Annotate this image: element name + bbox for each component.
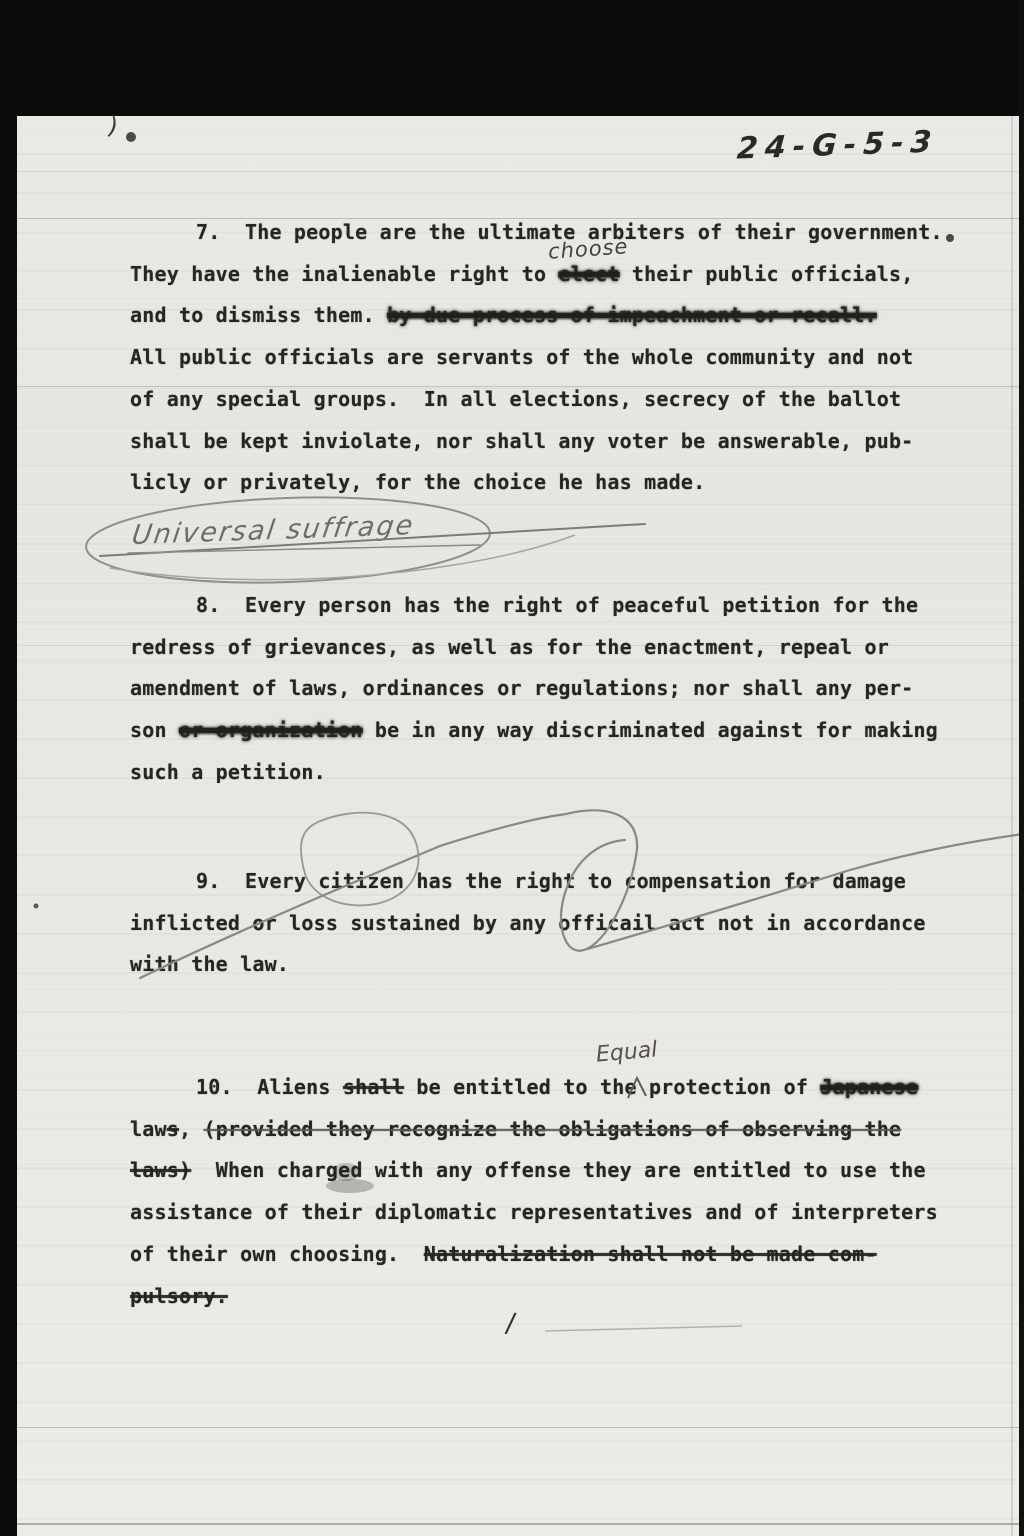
struck-text: by due process of impeachment or recall. <box>387 303 877 327</box>
typed-text: son <box>130 718 179 742</box>
typed-text: be in any way discriminated against for … <box>363 718 938 742</box>
handwritten-file-code: 24-G-5-3 <box>736 124 940 166</box>
typed-text: shall be kept inviolate, nor shall any v… <box>130 429 913 453</box>
typed-line: 8. Every person has the right of peacefu… <box>130 585 986 627</box>
scan-streak <box>17 1427 1024 1428</box>
paragraph-8: 8. Every person has the right of peacefu… <box>130 585 986 794</box>
typed-text: inflicted or loss sustained by any offic… <box>130 911 926 935</box>
typed-text: licly or privately, for the choice he ha… <box>130 470 705 494</box>
typed-line: assistance of their diplomatic represent… <box>130 1192 986 1234</box>
typed-line: with the law. <box>130 944 986 986</box>
typed-line: 10. Aliens shall be entitled to the prot… <box>130 1067 986 1109</box>
scan-border-right <box>1019 0 1024 1536</box>
typed-line: son or organization be in any way discri… <box>130 710 986 752</box>
typed-line: laws) When charged with any offense they… <box>130 1150 986 1192</box>
paragraph-10: 10. Aliens shall be entitled to the prot… <box>130 1067 986 1317</box>
scan-streak <box>17 1523 1024 1525</box>
struck-text: (provided they recognize the obligations… <box>203 1117 901 1141</box>
scan-border-left <box>0 0 17 1536</box>
typed-text: 8. Every person has the right of peacefu… <box>196 593 918 617</box>
typed-text: be entitled to the protection of <box>404 1075 820 1099</box>
typed-text: When charged with any offense they are e… <box>191 1158 925 1182</box>
typed-text: with the law. <box>130 952 289 976</box>
struck-text: shall <box>343 1075 404 1099</box>
handwritten-equal: Equal <box>595 1037 658 1067</box>
typed-text: of their own choosing. <box>130 1242 424 1266</box>
typed-text: , <box>179 1117 203 1141</box>
typed-text: and to dismiss them. <box>130 303 387 327</box>
struck-text: or organization <box>179 718 363 742</box>
paper-fold-line <box>1011 116 1013 1536</box>
typed-line: pulsory. <box>130 1276 986 1318</box>
struck-text: Naturalization shall not be made com- <box>424 1242 877 1266</box>
scan-streak <box>17 171 1024 172</box>
typed-text: 10. Aliens <box>196 1075 343 1099</box>
struck-text: elect <box>558 262 619 286</box>
typed-line: shall be kept inviolate, nor shall any v… <box>130 421 986 463</box>
scanned-document-page: 24-G-5-3 ) 7. The people are the ultimat… <box>0 0 1024 1536</box>
typed-text: All public officials are servants of the… <box>130 345 913 369</box>
paragraph-9: 9. Every citizen has the right to compen… <box>130 861 986 986</box>
typed-text: such a petition. <box>130 760 326 784</box>
typed-text: their public officials, <box>620 262 914 286</box>
typed-line: laws, (provided they recognize the oblig… <box>130 1109 986 1151</box>
typed-line: of any special groups. In all elections,… <box>130 379 986 421</box>
typed-text: of any special groups. In all elections,… <box>130 387 901 411</box>
struck-text: laws) <box>130 1158 191 1182</box>
struck-text: pulsory. <box>130 1284 228 1308</box>
typed-text: redress of grievances, as well as for th… <box>130 635 889 659</box>
typed-line: redress of grievances, as well as for th… <box>130 627 986 669</box>
scan-border-top <box>0 0 1024 117</box>
struck-text: s <box>167 1117 179 1141</box>
typed-line: licly or privately, for the choice he ha… <box>130 462 986 504</box>
typed-text: They have the inalienable right to <box>130 262 558 286</box>
typed-line: and to dismiss them. by due process of i… <box>130 295 986 337</box>
typed-text: amendment of laws, ordinances or regulat… <box>130 676 913 700</box>
typed-line: inflicted or loss sustained by any offic… <box>130 903 986 945</box>
typed-line: such a petition. <box>130 752 986 794</box>
typed-line: of their own choosing. Naturalization sh… <box>130 1234 986 1276</box>
typed-line: All public officials are servants of the… <box>130 337 986 379</box>
typed-text: law <box>130 1117 167 1141</box>
typed-text: 9. Every citizen has the right to compen… <box>196 869 906 893</box>
typed-line: 9. Every citizen has the right to compen… <box>130 861 986 903</box>
struck-text: Japanese <box>820 1075 918 1099</box>
typed-text: assistance of their diplomatic represent… <box>130 1200 938 1224</box>
typed-line: amendment of laws, ordinances or regulat… <box>130 668 986 710</box>
